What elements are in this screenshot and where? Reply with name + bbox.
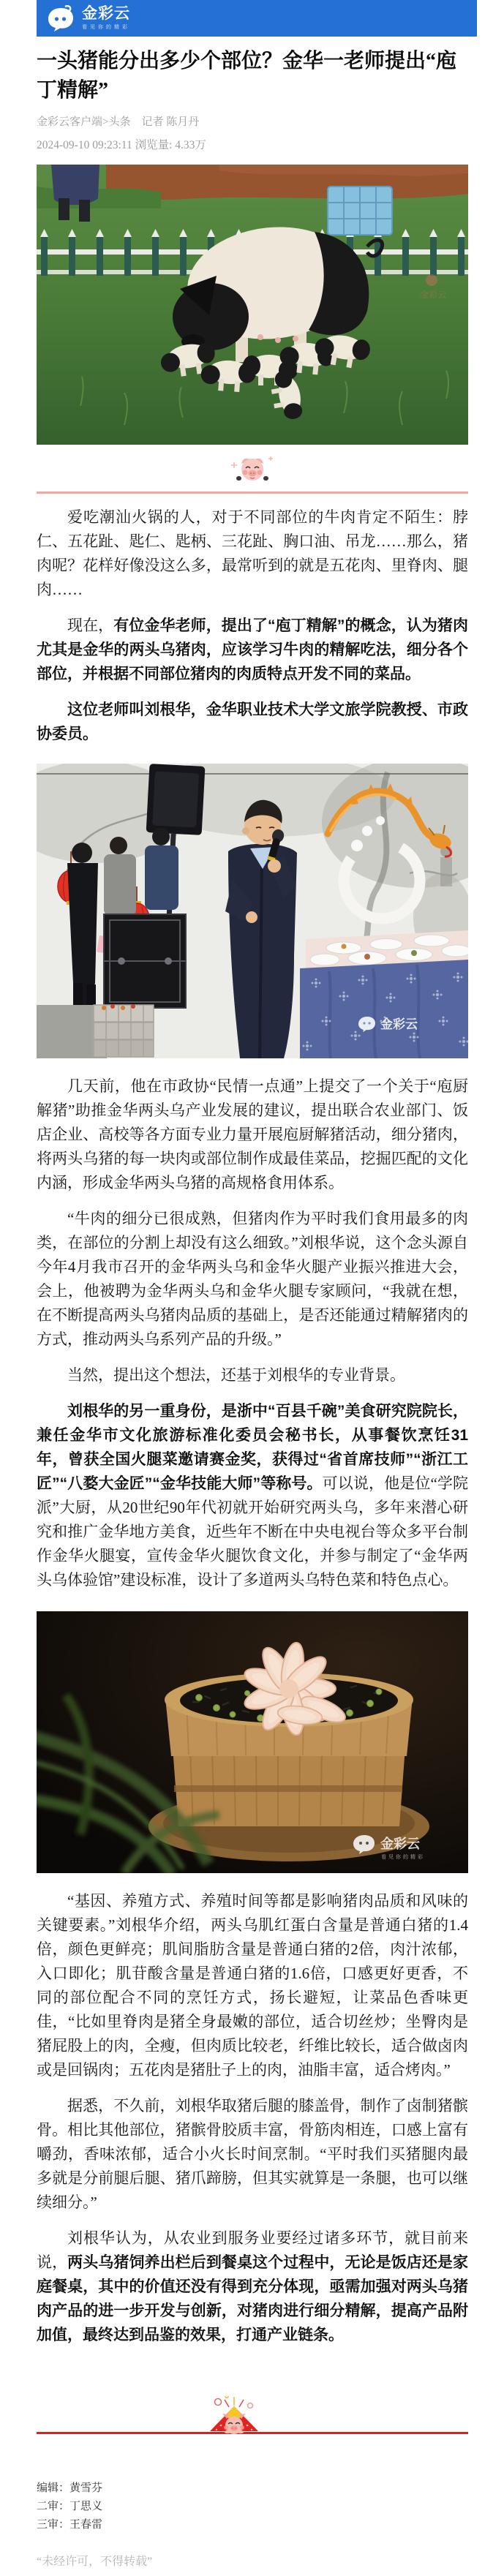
svg-text:金彩云: 金彩云 [420, 289, 446, 300]
section-divider [37, 492, 468, 494]
blue-tablecloth [300, 960, 468, 1058]
article-paragraph: “牛肉的细分已很成熟，但猪肉作为平时我们食用最多的肉类，在部位的分割上却没有这么… [37, 1207, 468, 1352]
article-body-intro: 爱吃潮汕火锅的人，对于不同部位的牛肉肯定不陌生：脖仁、五花趾、匙仁、匙柄、三花趾… [37, 505, 468, 746]
article-paragraph: 现在，有位金华老师，提出了“庖丁精解”的概念，认为猪肉尤其是金华的两头乌猪肉，应… [37, 614, 468, 686]
editor-line: 三审：王春雷 [37, 2516, 468, 2534]
editor-line: 二审：丁思义 [37, 2498, 468, 2516]
footer-rule [37, 2432, 468, 2434]
article-paragraph: 刘根华的另一重身份，是浙中“百县千碗”美食研究院院长，兼任金华市文化旅游标准化委… [37, 1399, 468, 1592]
pig-emoji-icon [230, 453, 275, 483]
article-paragraph: 刘根华认为，从农业到服务业要经过诸多环节，就目前来说，两头乌猪饲养出栏后到餐桌这… [37, 2226, 468, 2347]
footer-pig-icon [190, 2396, 278, 2434]
blue-crate [328, 187, 392, 235]
editors-block: 编辑：黄雪芬 二审：丁思义 三审：王春雷 [37, 2479, 468, 2534]
article-source: 金彩云客户端>头条 记者 陈月丹 [37, 113, 468, 129]
article-paragraph: 当然，提出这个想法，还基于刘根华的专业背景。 [37, 1363, 468, 1387]
svg-text:看见你的精彩: 看见你的精彩 [381, 1853, 425, 1860]
mascot-icon [46, 5, 75, 31]
article-paragraph: 爱吃潮汕火锅的人，对于不同部位的牛肉肯定不陌生：脖仁、五花趾、匙仁、匙柄、三花趾… [37, 505, 468, 602]
article-title: 一头猪能分出多少个部位？金华一老师提出“庖丁精解” [37, 47, 468, 105]
photo-watermark: 金彩云 [358, 1017, 418, 1032]
brand-logo[interactable]: 金彩云 看见你的精彩 [46, 5, 130, 31]
copyright-note: “未经许可，不得转载” [37, 2552, 468, 2569]
brand-name: 金彩云 [82, 6, 130, 21]
article-paragraph: 据悉，不久前，刘根华取猪后腿的膝盖骨，制作了卤制猪髌骨。相比其他部位，猪髌骨胶质… [37, 2094, 468, 2215]
app-header: 金彩云 看见你的精彩 [37, 0, 477, 37]
article-paragraph: “基因、养殖方式、养殖时间等都是影响猪肉品质和风味的关键要素。”刘根华介绍，两头… [37, 1889, 468, 2082]
article-body-tail: “基因、养殖方式、养殖时间等都是影响猪肉品质和风味的关键要素。”刘根华介绍，两头… [37, 1889, 468, 2347]
pig-emoji-break [37, 453, 468, 483]
article-date-views: 2024-09-10 09:23:11 浏览量: 4.33万 [37, 136, 468, 152]
photo-pigs-on-grass[interactable]: 金彩云 [37, 165, 468, 445]
article-paragraph: 这位老师叫刘根华，金华职业技术大学文旅学院教授、市政协委员。 [37, 698, 468, 746]
svg-text:金彩云: 金彩云 [380, 1836, 420, 1851]
photo-pork-dish[interactable]: 金彩云 看见你的精彩 [37, 1611, 468, 1873]
article-paragraph: 几天前，他在市政协“民情一点通”上提交了一个关于“庖厨解猪”助推金华两头乌产业发… [37, 1074, 468, 1195]
photo-teacher-speaking[interactable]: 金彩云 [37, 764, 468, 1058]
editor-line: 编辑：黄雪芬 [37, 2479, 468, 2498]
article-body-middle: 几天前，他在市政协“民情一点通”上提交了一个关于“庖厨解猪”助推金华两头乌产业发… [37, 1074, 468, 1592]
svg-text:金彩云: 金彩云 [380, 1017, 418, 1031]
article-page: 金彩云 看见你的精彩 一头猪能分出多少个部位？金华一老师提出“庖丁精解” 金彩云… [0, 0, 504, 2576]
brand-tagline: 看见你的精彩 [82, 23, 130, 31]
